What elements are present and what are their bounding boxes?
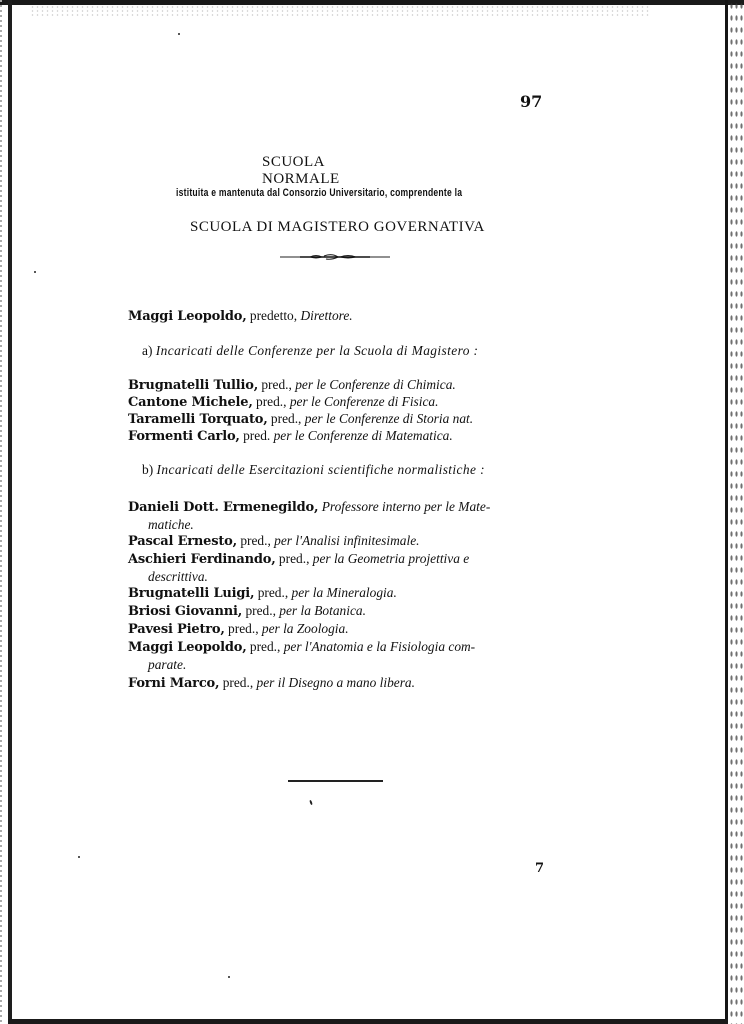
list-item: Aschieri Ferdinando, pred., per la Geome… [128,550,469,585]
scan-speck [309,800,313,805]
list-item: Brugnatelli Tullio, pred., per le Confer… [128,376,456,394]
list-item: Cantone Michele, pred., per le Conferenz… [128,393,438,411]
page-title-secondary: SCUOLA DI MAGISTERO GOVERNATIVA [190,219,490,236]
role-description: Direttore. [300,308,352,323]
signature-mark: 7 [535,861,544,876]
person-name: Maggi Leopoldo, [128,309,247,324]
list-item: Danieli Dott. Ermenegildo, Professore in… [128,498,490,533]
list-item: Pascal Ernesto, pred., per l'Analisi inf… [128,532,420,550]
director-entry: Maggi Leopoldo, predetto, Direttore. [128,307,353,325]
list-item: Forni Marco, pred., per il Disegno a man… [128,674,415,692]
list-item: Pavesi Pietro, pred., per la Zoologia. [128,620,349,638]
page-subtitle: istituita e mantenuta dal Consorzio Univ… [176,187,462,199]
page-title: SCUOLA NORMALE [262,154,402,188]
scan-edge-left [0,0,2,1024]
section-b-heading: b) Incaricati delle Esercitazioni scient… [142,462,485,478]
list-item: Formenti Carlo, pred. per le Conferenze … [128,427,453,445]
page-number: 97 [520,92,542,111]
scan-speck [178,33,180,35]
list-item: Maggi Leopoldo, pred., per l'Anatomia e … [128,638,475,673]
section-a-heading: a) Incaricati delle Conferenze per la Sc… [142,343,478,359]
list-item: Brugnatelli Luigi, pred., per la Mineral… [128,584,397,602]
decorative-rule-ornament-icon [280,253,390,261]
scan-noise-top [30,5,650,17]
scan-speck [34,271,36,273]
page-border-bottom [8,1019,728,1024]
scan-speck [228,976,230,978]
list-item: Taramelli Torquato, pred., per le Confer… [128,410,473,428]
page-border-right [725,0,728,1024]
scan-edge-right [729,0,744,1024]
list-item: Briosi Giovanni, pred., per la Botanica. [128,602,366,620]
page-border-left [8,0,12,1024]
scan-speck [78,856,80,858]
closing-rule-divider [288,780,383,782]
